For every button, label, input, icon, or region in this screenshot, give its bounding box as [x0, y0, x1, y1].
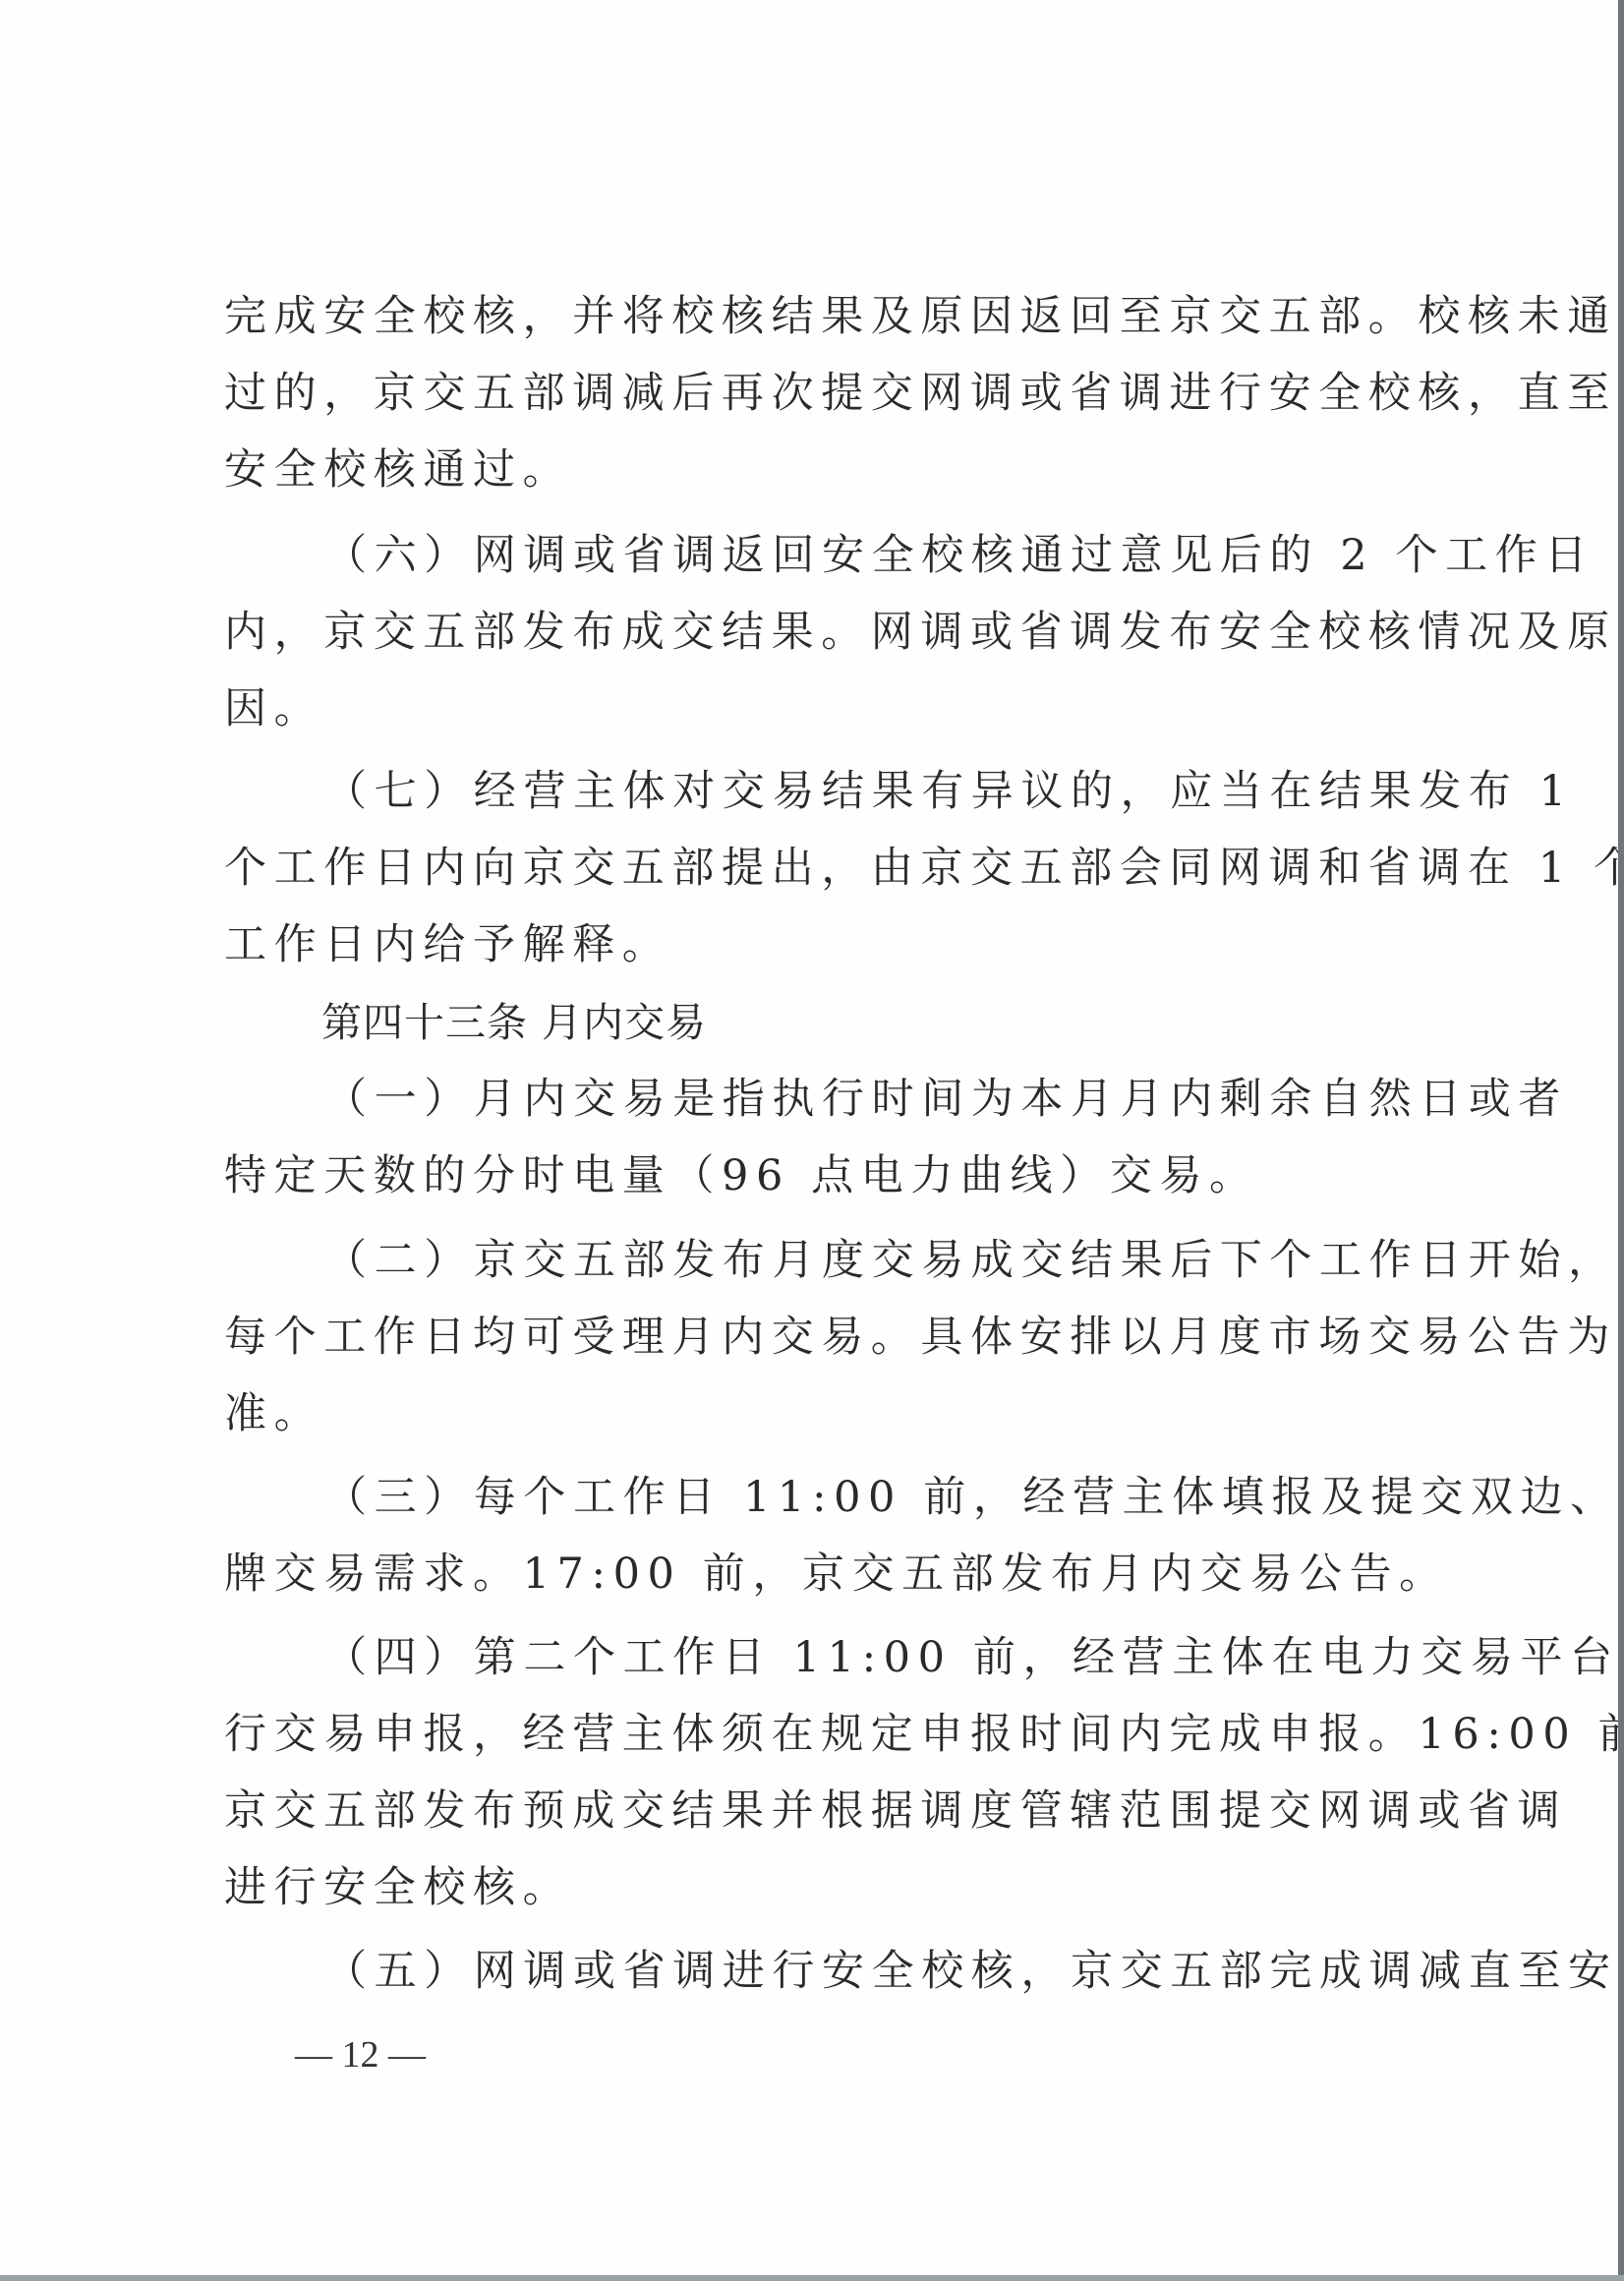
body-text-line: 京交五部发布预成交结果并根据调度管辖范围提交网调或省调	[224, 1782, 1425, 1841]
body-text-line: 内，京交五部发布成交结果。网调或省调发布安全校核情况及原	[224, 603, 1425, 662]
body-text-line: 每个工作日均可受理月内交易。具体安排以月度市场交易公告为	[224, 1308, 1425, 1367]
body-text-line: 个工作日内向京交五部提出，由京交五部会同网调和省调在 1 个	[224, 839, 1425, 898]
paragraph-7-start: （七）经营主体对交易结果有异议的，应当在结果发布 1	[324, 762, 1425, 821]
body-text-line: 完成安全校核，并将校核结果及原因返回至京交五部。校核未通	[224, 287, 1425, 346]
scan-edge-right	[1618, 0, 1624, 2281]
paragraph-2-start: （二）京交五部发布月度交易成交结果后下个工作日开始，	[324, 1231, 1425, 1290]
body-text-line: 因。	[224, 679, 1425, 738]
page-number: — 12 —	[295, 2031, 426, 2078]
document-page: 完成安全校核，并将校核结果及原因返回至京交五部。校核未通 过的，京交五部调减后再…	[0, 0, 1618, 2275]
paragraph-4-start: （四）第二个工作日 11:00 前，经营主体在电力交易平台进	[324, 1628, 1425, 1687]
scan-edge-bottom	[0, 2275, 1624, 2281]
body-text-line: 牌交易需求。17:00 前，京交五部发布月内交易公告。	[224, 1545, 1425, 1604]
body-text-line: 工作日内给予解释。	[224, 915, 1425, 974]
paragraph-5-start: （五）网调或省调进行安全校核，京交五部完成调减直至安	[324, 1942, 1425, 2001]
article-heading: 第四十三条 月内交易	[321, 993, 707, 1052]
paragraph-6-start: （六）网调或省调返回安全校核通过意见后的 2 个工作日	[324, 526, 1425, 585]
body-text-line: 行交易申报，经营主体须在规定申报时间内完成申报。16:00 前，	[224, 1705, 1425, 1764]
body-text-line: 进行安全校核。	[224, 1858, 1425, 1917]
body-text-line: 安全校核通过。	[224, 440, 1425, 499]
body-text-line: 准。	[224, 1384, 1425, 1443]
paragraph-3-start: （三）每个工作日 11:00 前，经营主体填报及提交双边、挂	[324, 1468, 1425, 1527]
paragraph-1-start: （一）月内交易是指执行时间为本月月内剩余自然日或者	[324, 1070, 1425, 1129]
body-text-line: 特定天数的分时电量（96 点电力曲线）交易。	[224, 1146, 1425, 1205]
body-text-line: 过的，京交五部调减后再次提交网调或省调进行安全校核，直至	[224, 364, 1425, 423]
